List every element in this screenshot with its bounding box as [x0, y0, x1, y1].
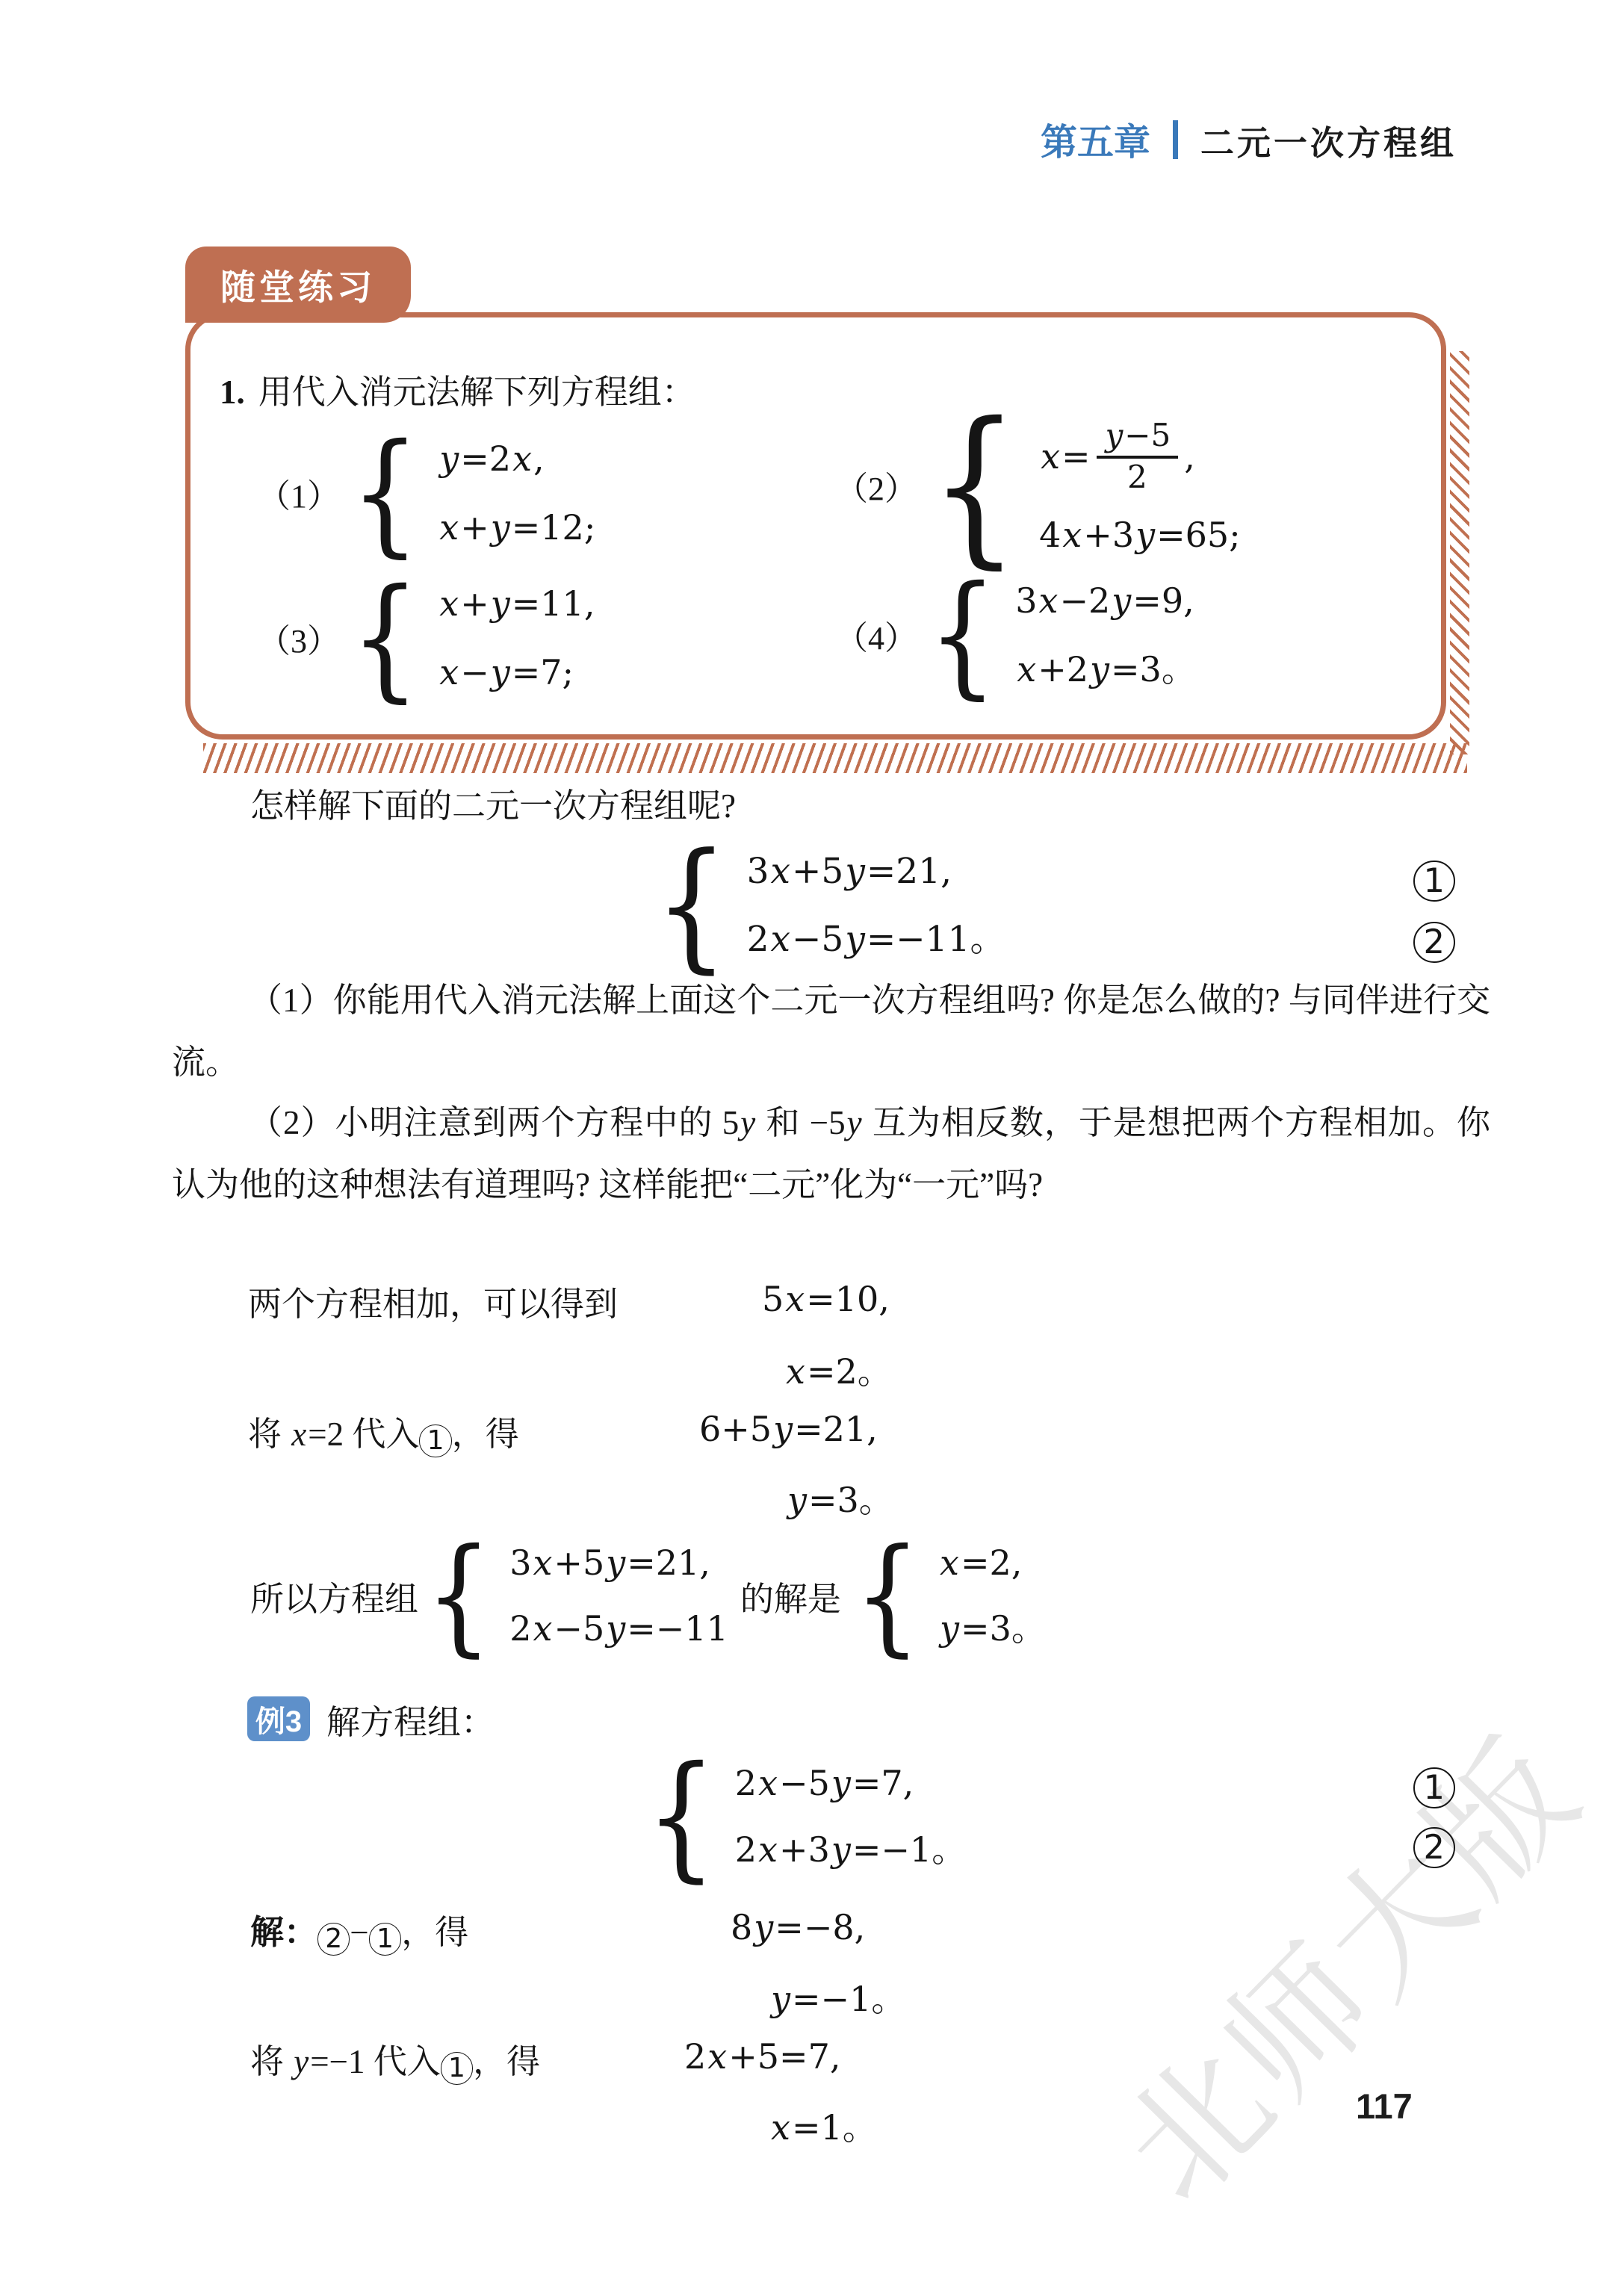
work-line-2-label: 将 x=2 代入1，得 — [248, 1409, 519, 1461]
solution-equation-3: 2x+5=7, — [684, 2036, 840, 2077]
fraction-denominator: 2 — [1127, 459, 1147, 495]
solution-label: 解： — [250, 1914, 317, 1951]
solution-line-1: 解：2−1，得 — [250, 1907, 468, 1959]
work-equation-2: x=2。 — [784, 1345, 892, 1394]
exercise-item-1: 1.用代入消元法解下列方程组： — [220, 365, 695, 413]
circled-1-icon: 1 — [1413, 1767, 1455, 1809]
equation: x+y=11, — [438, 586, 595, 621]
conclusion: 所以方程组 { 3x+5y=21, 2x−5y=−11 的解是 { x=2, y… — [250, 1537, 1046, 1654]
work-equation-1: 5x=10, — [762, 1279, 890, 1319]
equation-mark-2: 2 — [1413, 911, 1455, 963]
solution-equation-2: y=−1。 — [769, 1972, 905, 2021]
header-divider — [1173, 120, 1178, 159]
work-line-1-label: 两个方程相加，可以得到 — [248, 1279, 618, 1331]
equation: y=3。 — [938, 1611, 1046, 1646]
solution-line-3: 将 y=−1 代入1，得 — [250, 2036, 540, 2089]
fraction: y−5 2 — [1097, 418, 1179, 495]
circled-2-icon: 2 — [1413, 1827, 1455, 1869]
equation: x−y=7; — [438, 654, 595, 690]
item-number: 1. — [220, 373, 245, 411]
equation-mark-1: 1 — [1413, 1757, 1455, 1808]
paragraph-2: （2）小明注意到两个方程中的 5y 和 −5y 互为相反数，于是想把两个方程相加… — [172, 1092, 1490, 1216]
solution-step: 2−1，得 — [317, 1914, 468, 1951]
brace: { — [645, 1754, 716, 1879]
equation: 2x−5y=7, — [735, 1765, 966, 1801]
equation-mark-1: 1 — [1413, 850, 1455, 902]
fraction-tail: , — [1184, 438, 1195, 474]
system-3: （3） { x+y=11, x−y=7; — [258, 577, 595, 699]
main-system: { 3x+5y=21, 2x−5y=−11。 — [647, 841, 1005, 970]
circled-2-icon: 2 — [317, 1923, 350, 1955]
example-label: 解方程组： — [326, 1697, 495, 1749]
circled-1-icon: 1 — [1413, 861, 1455, 902]
equation-mark-2: 2 — [1413, 1817, 1455, 1868]
brace: { — [426, 1537, 492, 1654]
brace: { — [930, 407, 1019, 564]
page-number: 117 — [1356, 2086, 1413, 2127]
circled-1-icon: 1 — [419, 1425, 451, 1457]
equation: x= y−5 2 , — [1039, 418, 1241, 495]
equation: x+y=12; — [438, 509, 595, 545]
brace: { — [855, 1537, 921, 1654]
fraction-numerator: y−5 — [1097, 418, 1179, 459]
work-equation-4: y=3。 — [786, 1473, 893, 1522]
equation: 3x−2y=9, — [1015, 583, 1196, 619]
system-3-label: （3） — [258, 614, 340, 662]
equation: x=2, — [938, 1545, 1046, 1581]
paragraph-1: （1）你能用代入消元法解上面这个二元一次方程组吗? 你是怎么做的? 与同伴进行交… — [172, 970, 1490, 1094]
circled-1-icon: 1 — [441, 2052, 473, 2084]
conclusion-pre: 所以方程组 — [250, 1572, 418, 1620]
equation: 4x+3y=65; — [1039, 517, 1241, 553]
brace: { — [655, 841, 728, 970]
box-shadow-hatch-right — [1450, 351, 1469, 754]
equation: x+2y=3。 — [1015, 651, 1196, 687]
item-prompt: 用代入消元法解下列方程组： — [258, 373, 695, 411]
equation: 2x+3y=−1。 — [735, 1832, 966, 1867]
system-1: （1） { y=2x, x+y=12; — [258, 432, 595, 554]
system-4-label: （4） — [835, 611, 917, 659]
equation: 3x+5y=21, — [747, 853, 1005, 890]
publisher-watermark: 北师大版 — [1050, 1666, 1624, 2276]
equation: 3x+5y=21, — [509, 1545, 728, 1581]
equation: 2x−5y=−11 — [509, 1611, 728, 1646]
solution-equation-1: 8y=−8, — [731, 1907, 865, 1947]
chapter-label: 第五章 — [1041, 114, 1150, 166]
chapter-title: 二元一次方程组 — [1200, 116, 1457, 164]
work-equation-3: 6+5y=21, — [699, 1409, 878, 1449]
fraction-lhs: x= — [1039, 438, 1091, 474]
page-header: 第五章 二元一次方程组 — [1041, 114, 1457, 166]
circled-2-icon: 2 — [1413, 922, 1455, 964]
equation: y=2x, — [438, 441, 595, 477]
example-system: { 2x−5y=7, 2x+3y=−1。 — [638, 1754, 966, 1879]
conclusion-mid: 的解是 — [740, 1572, 841, 1620]
system-4: （4） { 3x−2y=9, x+2y=3。 — [835, 574, 1196, 696]
circled-1-icon: 1 — [369, 1923, 401, 1955]
system-1-label: （1） — [258, 469, 340, 517]
brace: { — [928, 574, 997, 696]
brace: { — [350, 577, 420, 699]
box-shadow-hatch-bottom — [203, 743, 1467, 773]
equation: 2x−5y=−11。 — [747, 921, 1005, 958]
system-2-label: （2） — [835, 462, 917, 509]
solution-equation-4: x=1。 — [769, 2101, 877, 2150]
textbook-page: 北师大版 第五章 二元一次方程组 随堂练习 1.用代入消元法解下列方程组： （1… — [0, 0, 1624, 2294]
brace: { — [350, 432, 420, 554]
exercise-box-tab: 随堂练习 — [185, 247, 411, 323]
example-3-badge: 例3 — [247, 1696, 310, 1741]
system-2: （2） { x= y−5 2 , 4x+3y=65; — [835, 407, 1241, 564]
